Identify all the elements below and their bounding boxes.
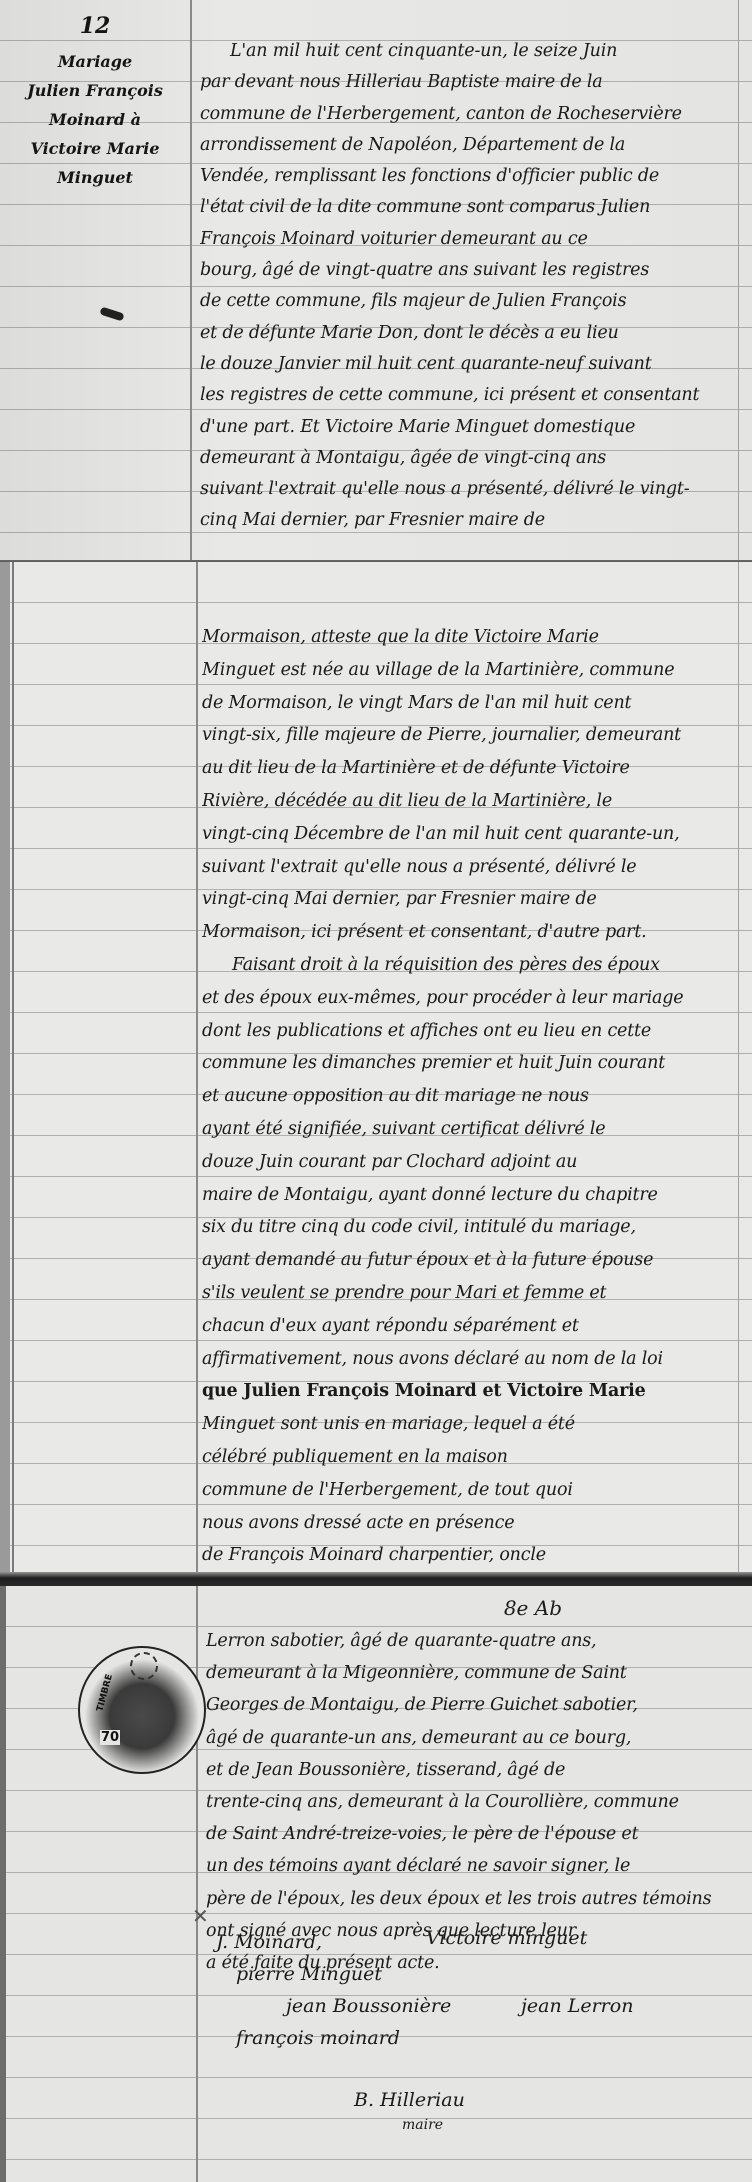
text-line: père de l'époux, les deux époux et les t… (206, 1884, 738, 1916)
margin-line: Minguet (6, 163, 184, 192)
register-page-3: 8e Ab TIMBRE 70 Lerron sabotier, âgé de … (0, 1586, 752, 2182)
signature: Victoire minguet (426, 1927, 587, 1949)
text-line: l'état civil de la dite commune sont com… (200, 192, 738, 223)
signature: jean Boussonière (286, 1995, 451, 2017)
text-line: douze Juin courant par Clochard adjoint … (202, 1147, 738, 1180)
text-line: et de défunte Marie Don, dont le décès a… (200, 318, 738, 349)
margin-line: Julien François (6, 76, 184, 105)
text-line: affirmativement, nous avons déclaré au n… (202, 1344, 738, 1377)
text-line: Rivière, décédée au dit lieu de la Marti… (202, 786, 738, 819)
text-line: le douze Janvier mil huit cent quarante-… (200, 349, 738, 380)
signature: J. Moinard, (216, 1931, 322, 1953)
text-line: suivant l'extrait qu'elle nous a présent… (202, 852, 738, 885)
stamp-value: 70 (100, 1730, 120, 1745)
text-line: au dit lieu de la Martinière et de défun… (202, 753, 738, 786)
margin-line: Victoire Marie (6, 134, 184, 163)
text-line: vingt-cinq Décembre de l'an mil huit cen… (202, 819, 738, 852)
text-line: s'ils veulent se prendre pour Mari et fe… (202, 1278, 738, 1311)
text-line: arrondissement de Napoléon, Département … (200, 130, 738, 161)
text-line: bourg, âgé de vingt-quatre ans suivant l… (200, 255, 738, 286)
text-line: François Moinard voiturier demeurant au … (200, 224, 738, 255)
text-line: les registres de cette commune, ici prés… (200, 380, 738, 411)
cross-mark-icon: ✕ (192, 1904, 209, 1928)
text-line: suivant l'extrait qu'elle nous a présent… (200, 474, 738, 505)
text-line: vingt-six, fille majeure de Pierre, jour… (202, 720, 738, 753)
margin-rule (190, 0, 192, 560)
text-line: Mormaison, ici présent et consentant, d'… (202, 917, 738, 950)
record-text: Mormaison, atteste que la dite Victoire … (202, 622, 738, 1572)
register-page-1: 12 Mariage Julien François Moinard à Vic… (0, 0, 752, 560)
text-line: Minguet est née au village de la Martini… (202, 655, 738, 688)
page-fold-2 (0, 1570, 752, 1586)
text-line: Lerron sabotier, âgé de quarante-quatre … (206, 1626, 738, 1658)
text-line: demeurant à Montaigu, âgée de vingt-cinq… (200, 443, 738, 474)
text-line: commune les dimanches premier et huit Ju… (202, 1048, 738, 1081)
text-line: Minguet sont unis en mariage, lequel a é… (202, 1409, 738, 1442)
text-line: un des témoins ayant déclaré ne savoir s… (206, 1851, 738, 1883)
text-line: Mormaison, atteste que la dite Victoire … (202, 622, 738, 655)
margin-rule (196, 562, 198, 1572)
text-line: maire de Montaigu, ayant donné lecture d… (202, 1180, 738, 1213)
text-line: de François Moinard charpentier, oncle (202, 1540, 738, 1572)
text-line: d'une part. Et Victoire Marie Minguet do… (200, 412, 738, 443)
text-line: Faisant droit à la réquisition des pères… (202, 950, 738, 983)
text-line: dont les publications et affiches ont eu… (202, 1016, 738, 1049)
folio-mark: 8e Ab (504, 1596, 562, 1620)
text-line: célébré publiquement en la maison (202, 1442, 738, 1475)
ink-blot (99, 306, 124, 321)
sun-rays-icon (130, 1652, 158, 1680)
text-line: nous avons dressé acte en présence (202, 1508, 738, 1541)
text-line: ayant été signifiée, suivant certificat … (202, 1114, 738, 1147)
text-line: cinq Mai dernier, par Fresnier maire de (200, 505, 738, 536)
text-line: six du titre cinq du code civil, intitul… (202, 1212, 738, 1245)
register-page-2: Mormaison, atteste que la dite Victoire … (0, 562, 752, 1572)
signature: pierre Minguet (236, 1963, 382, 1985)
text-line: et des époux eux-mêmes, pour procéder à … (202, 983, 738, 1016)
signature-title: maire (402, 2117, 443, 2133)
text-line: de Mormaison, le vingt Mars de l'an mil … (202, 688, 738, 721)
margin-annotation: 12 Mariage Julien François Moinard à Vic… (6, 12, 184, 192)
text-line: commune de l'Herbergement, canton de Roc… (200, 99, 738, 130)
text-line: vingt-cinq Mai dernier, par Fresnier mai… (202, 884, 738, 917)
margin-line: Mariage (6, 47, 184, 76)
tax-stamp: TIMBRE 70 (78, 1646, 206, 1774)
entry-number: 12 (6, 12, 184, 41)
record-text: L'an mil huit cent cinquante-un, le seiz… (200, 36, 738, 537)
text-line: et de Jean Boussonière, tisserand, âgé d… (206, 1755, 738, 1787)
right-rule (738, 562, 739, 1572)
text-line: chacun d'eux ayant répondu séparément et (202, 1311, 738, 1344)
text-line: trente-cinq ans, demeurant à la Courolli… (206, 1787, 738, 1819)
signature: jean Lerron (521, 1995, 633, 2017)
margin-line: Moinard à (6, 105, 184, 134)
text-line: commune de l'Herbergement, de tout quoi (202, 1475, 738, 1508)
text-line: et aucune opposition au dit mariage ne n… (202, 1081, 738, 1114)
text-line: ayant demandé au futur époux et à la fut… (202, 1245, 738, 1278)
text-line: âgé de quarante-un ans, demeurant au ce … (206, 1723, 738, 1755)
text-line: de cette commune, fils majeur de Julien … (200, 286, 738, 317)
text-line: par devant nous Hilleriau Baptiste maire… (200, 67, 738, 98)
text-line: L'an mil huit cent cinquante-un, le seiz… (200, 36, 738, 67)
signature: françois moinard (236, 2027, 400, 2049)
text-line: de Saint André-treize-voies, le père de … (206, 1819, 738, 1851)
right-rule (738, 0, 739, 560)
text-line: Georges de Montaigu, de Pierre Guichet s… (206, 1690, 738, 1722)
text-line: Vendée, remplissant les fonctions d'offi… (200, 161, 738, 192)
stamp-label: TIMBRE (95, 1673, 115, 1713)
text-line: demeurant à la Migeonnière, commune de S… (206, 1658, 738, 1690)
text-line: que Julien François Moinard et Victoire … (202, 1376, 738, 1409)
signature: B. Hilleriau (354, 2089, 465, 2111)
